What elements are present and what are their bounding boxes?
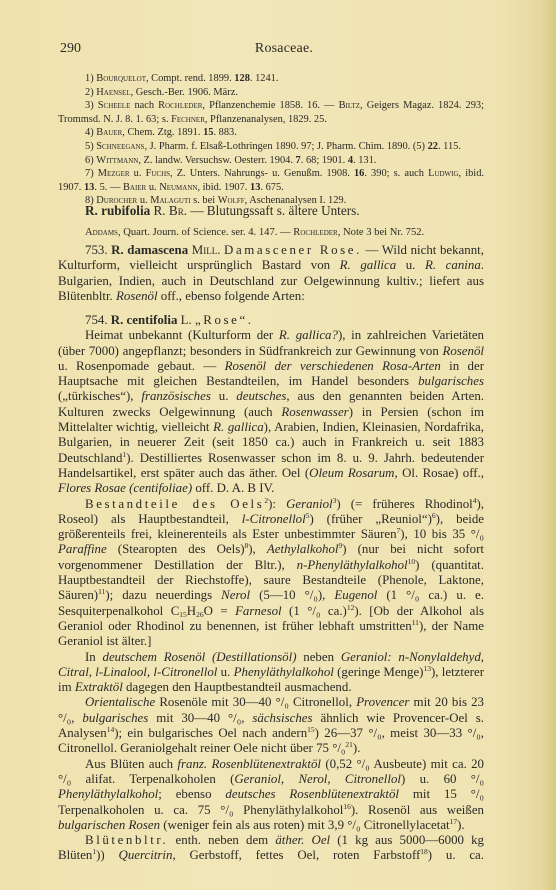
footnote-4: 4) Bauer, Chem. Ztg. 1891. 15. 883. (58, 126, 484, 140)
footnotes: 1) Bourquelot, Compt. rend. 1899. 128. 1… (58, 72, 484, 208)
paragraph-constituents: Bestandteile des Oels2): Geraniol3) (= f… (58, 497, 484, 650)
entry-number: 753. (85, 243, 108, 257)
species-name: R. centifolia (111, 313, 178, 327)
footnote-1: 1) Bourquelot, Compt. rend. 1899. 128. 1… (58, 72, 484, 86)
paragraph-habitat: Heimat unbekannt (Kulturform der R. gall… (58, 328, 484, 496)
paragraph-oriental-oils: Orientalische Rosenöle mit 30—40 °/₀ Cit… (58, 695, 484, 756)
entry-number: 754. (85, 313, 108, 327)
rubifolia-reference: Addams, Quart. Journ. of Science. ser. 4… (58, 226, 484, 240)
paragraph-blossom-extract: Aus Blüten auch franz. Rosenblütenextrak… (58, 757, 484, 833)
entry-centifolia: 754. R. centifolia L. „Rose“. Heimat unb… (58, 313, 484, 864)
footnote-2: 2) Haensel, Gesch.-Ber. 1906. März. (58, 86, 484, 100)
footnote-5: 5) Schneegans, J. Pharm. f. Elsaß-Lothri… (58, 140, 484, 154)
footnote-3: 3) Scheele nach Rochleder, Pflanzenchemi… (58, 99, 484, 126)
entry-damascena: 753. R. damascena Mill. Damascener Rose.… (58, 243, 484, 304)
common-name: „Rose“. (195, 313, 254, 327)
common-name: Damascener Rose. (224, 243, 362, 257)
footnote-6: 6) Wittmann, Z. landw. Versuchsw. Oester… (58, 154, 484, 168)
running-title: Rosaceae. (60, 41, 508, 57)
book-page: 290 Rosaceae. 1) Bourquelot, Compt. rend… (0, 0, 556, 890)
species-name: R. damascena (111, 243, 188, 257)
paragraph-petals: Blütenbltr. enth. neben dem äther. Oel (… (58, 833, 484, 864)
entry-rubifolia: R. rubifolia R. Br. — Blutungssaft s. äl… (58, 203, 484, 218)
paragraph-german-oil: In deutschem Rosenöl (Destillationsöl) n… (58, 650, 484, 696)
species-name: R. rubifolia (85, 203, 150, 218)
footnote-7: 7) Mezger u. Fuchs, Z. Unters. Nahrungs-… (58, 167, 484, 194)
